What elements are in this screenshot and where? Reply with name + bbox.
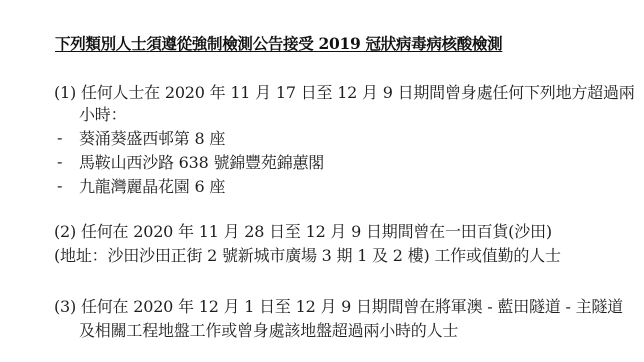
document-title: 下列類別人士須遵從強制檢測公告接受 2019 冠狀病毒病核酸檢測 [55, 32, 502, 54]
item-1-line-2: 小時： [79, 102, 126, 125]
item-3-line-2: 及相關工程地盤工作或曾身處該地盤超過兩小時的人士 [79, 318, 458, 341]
bullet-item-location: 馬鞍山西沙路 638 號錦豐苑錦蕙閣 [79, 150, 324, 173]
item-3-line-1: (3) 任何在 2020 年 12 月 1 日至 12 月 9 日期間曾在將軍澳… [54, 294, 623, 317]
item-2-line-1: (2) 任何在 2020 年 11 月 28 日至 12 月 9 日期間曾在一田… [54, 219, 552, 242]
item-1-line-1: (1) 任何人士在 2020 年 11 月 17 日至 12 月 9 日期間曾身… [54, 80, 635, 103]
document-page: 下列類別人士須遵從強制檢測公告接受 2019 冠狀病毒病核酸檢測 (1) 任何人… [0, 0, 644, 362]
bullet-dash: - [57, 152, 62, 171]
bullet-dash: - [57, 176, 62, 195]
bullet-dash: - [57, 128, 62, 147]
item-2-line-2: (地址：沙田沙田正街 2 號新城市廣場 3 期 1 及 2 樓) 工作或值勤的人… [54, 243, 561, 266]
bullet-item-location: 九龍灣麗晶花園 6 座 [79, 174, 225, 197]
bullet-item-location: 葵涌葵盛西邨第 8 座 [79, 126, 225, 149]
